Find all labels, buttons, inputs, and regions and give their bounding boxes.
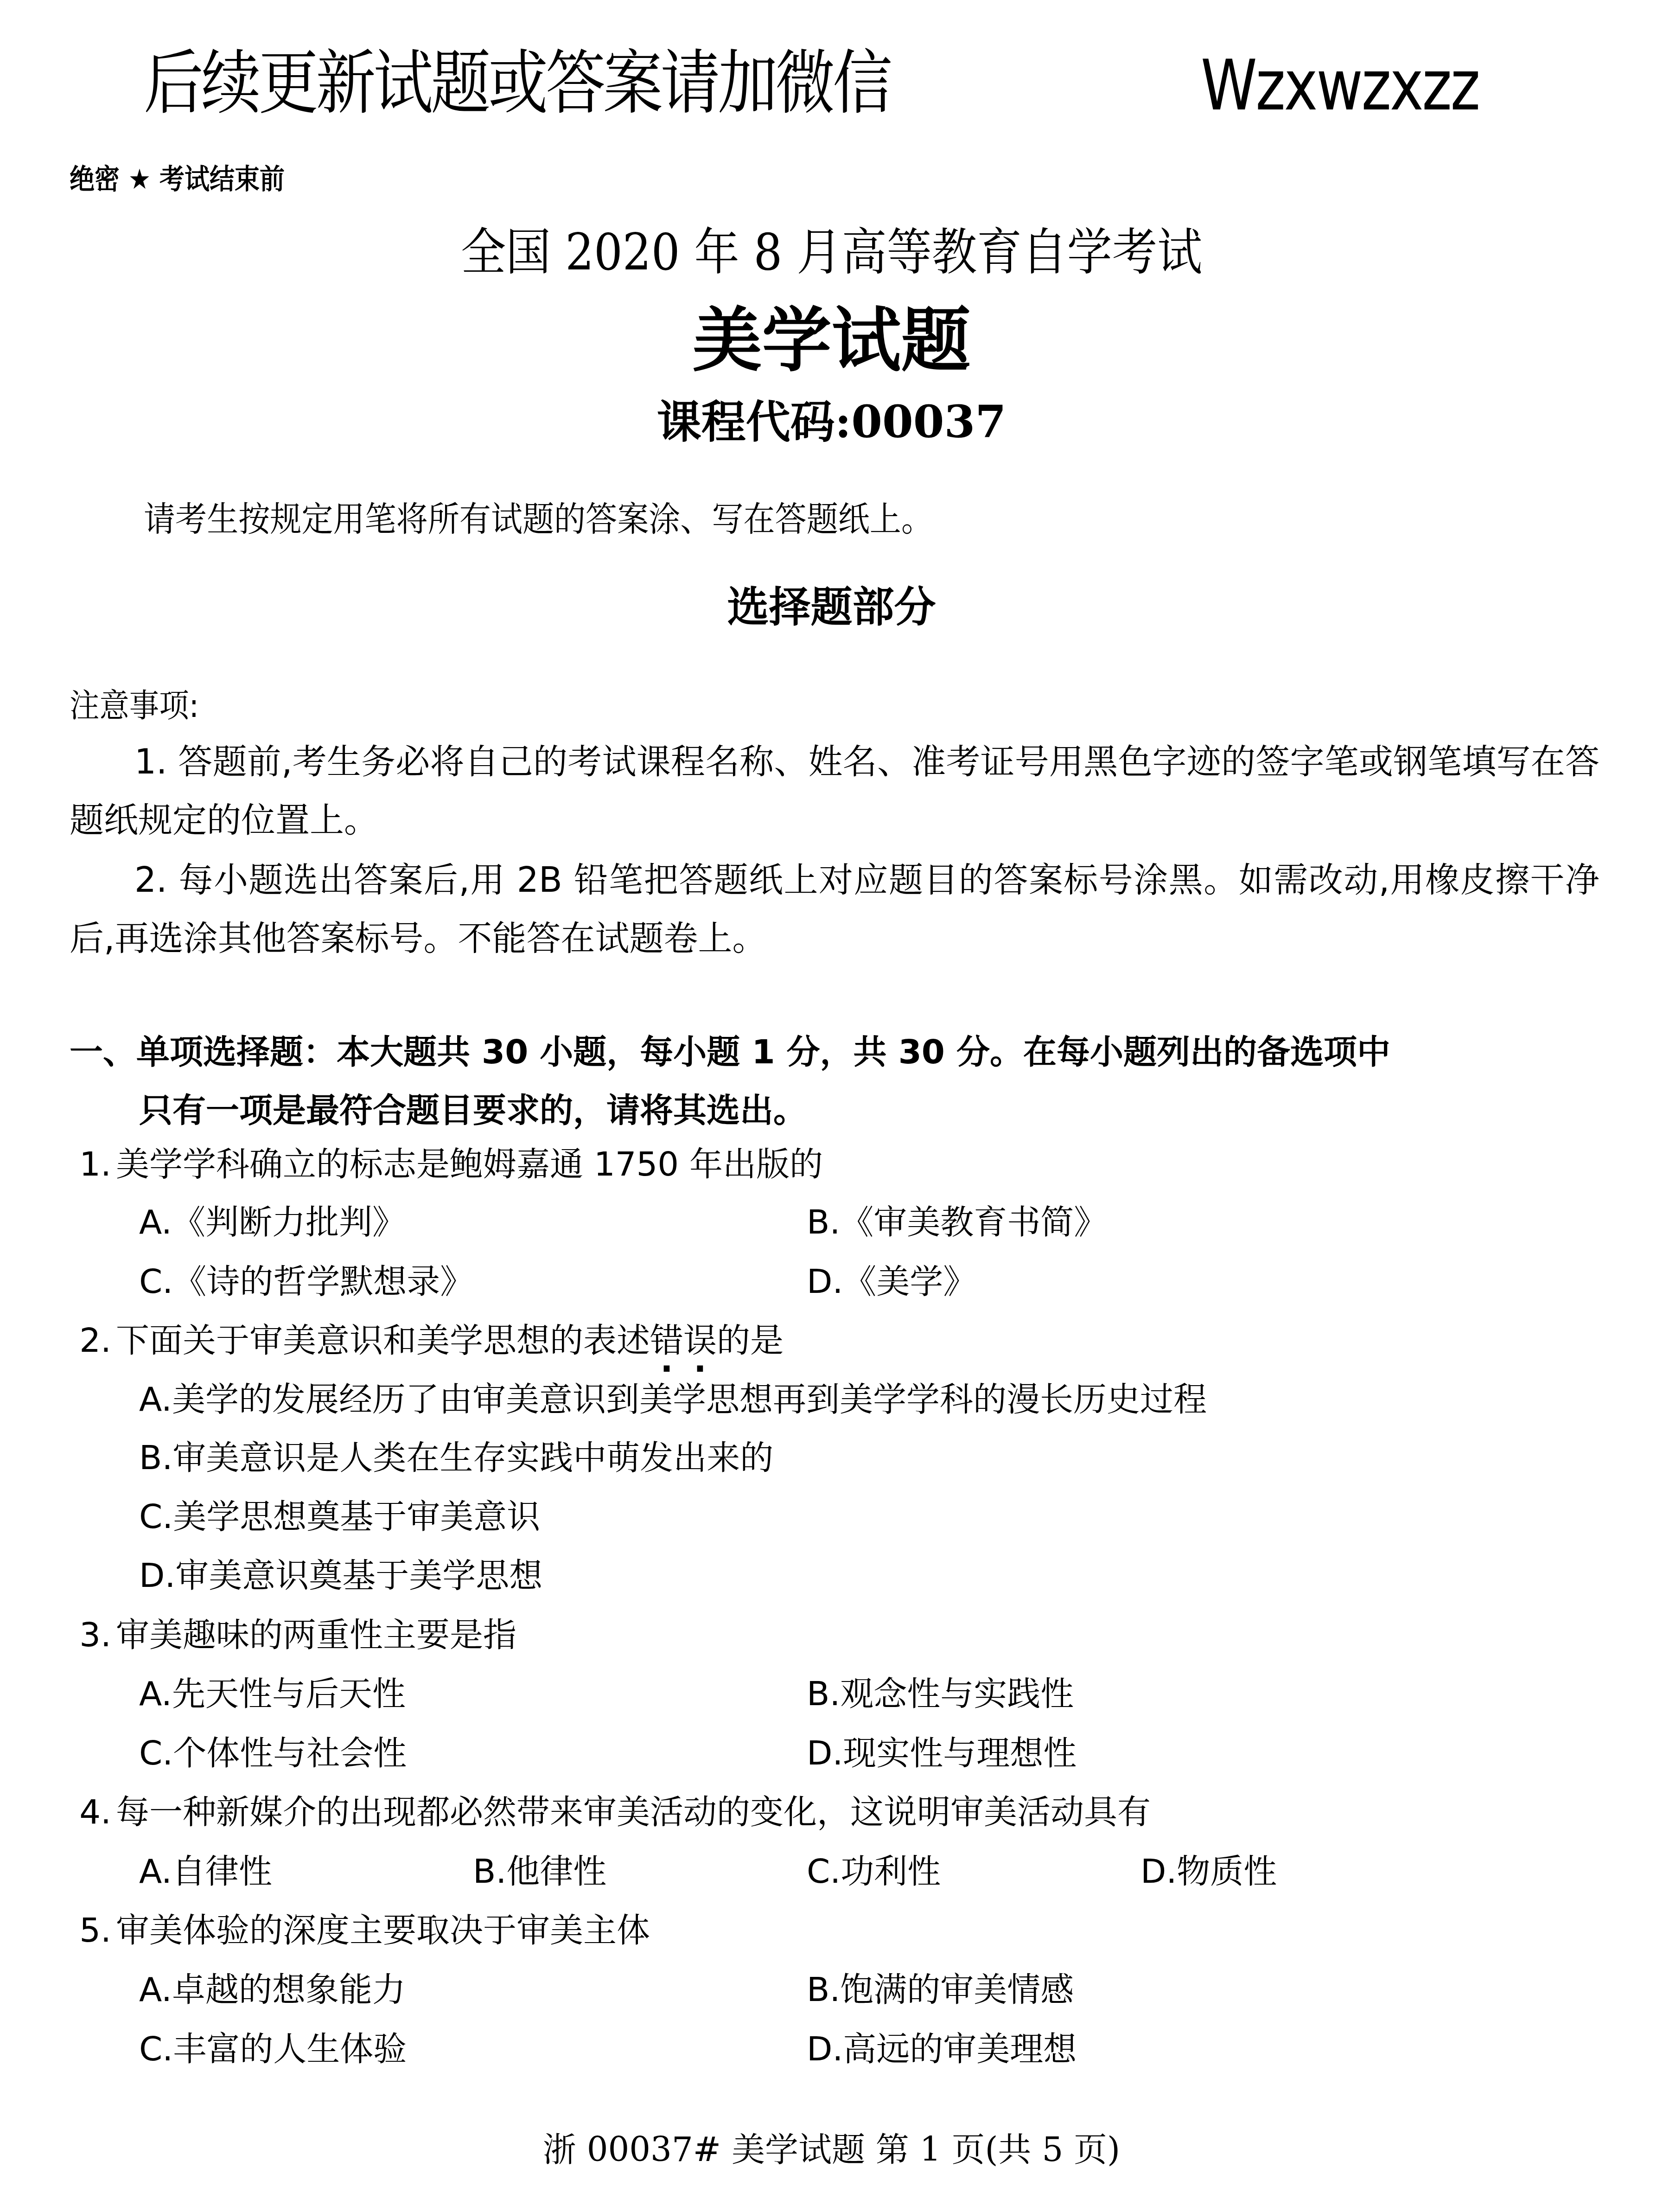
option-text: 美学思想奠基于审美意识 — [173, 1497, 540, 1536]
option-label: A. — [139, 1380, 172, 1419]
notes-title: 注意事项: — [70, 686, 199, 725]
q2-option-b: B.审美意识是人类在生存实践中萌发出来的 — [139, 1437, 773, 1478]
option-text: 审美意识是人类在生存实践中萌发出来的 — [172, 1438, 773, 1477]
question-1: 1.美学学科确立的标志是鲍姆嘉通 1750 年出版的 — [42, 1143, 823, 1185]
q4-option-d: D.物质性 — [1141, 1850, 1277, 1892]
answer-instruction: 请考生按规定用笔将所有试题的答案涂、写在答题纸上。 — [144, 499, 933, 540]
wechat-banner-text: 后续更新试题或答案请加微信 — [144, 44, 890, 123]
question-number: 1. — [42, 1143, 116, 1185]
note-item-1: 1. 答题前,考生务必将自己的考试课程名称、姓名、准考证号用黑色字迹的签字笔或钢… — [70, 733, 1599, 850]
option-label: B. — [139, 1438, 172, 1477]
question-number: 4. — [42, 1791, 116, 1833]
question-stem-start: 下面关于审美意识和美学思想的表述 — [116, 1321, 650, 1360]
note-item-2: 2. 每小题选出答案后,用 2B 铅笔把答题纸上对应题目的答案标号涂黑。如需改动… — [70, 851, 1599, 968]
q1-option-a: A.《判断力批判》 — [139, 1201, 406, 1243]
option-label: B. — [807, 1970, 840, 2009]
exam-title: 全国 2020 年 8 月高等教育自学考试 — [83, 223, 1580, 283]
confidential-label: 绝密 ★ 考试结束前 — [70, 163, 285, 196]
question-stem: 审美趣味的两重性主要是指 — [116, 1615, 516, 1654]
question-3: 3.审美趣味的两重性主要是指 — [42, 1614, 516, 1656]
option-label: D. — [139, 1556, 175, 1595]
option-text: 他律性 — [506, 1852, 606, 1891]
question-number: 2. — [42, 1319, 116, 1361]
q2-option-d: D.审美意识奠基于美学思想 — [139, 1554, 542, 1596]
emphasized-char: 误 — [683, 1321, 717, 1360]
q2-option-c: C.美学思想奠基于审美意识 — [139, 1496, 540, 1537]
option-label: C. — [139, 1262, 173, 1301]
option-text: 个体性与社会性 — [173, 1733, 407, 1772]
question-number: 3. — [42, 1614, 116, 1656]
q4-option-b: B.他律性 — [473, 1850, 606, 1892]
q3-option-c: C.个体性与社会性 — [139, 1732, 407, 1774]
option-text: 卓越的想象能力 — [172, 1970, 406, 2009]
part-one-heading: 一、单项选择题：本大题共 30 小题，每小题 1 分，共 30 分。在每小题列出… — [70, 1023, 1507, 1139]
question-4: 4.每一种新媒介的出现都必然带来审美活动的变化，这说明审美活动具有 — [42, 1791, 1151, 1833]
course-code: 课程代码:00037 — [0, 396, 1663, 448]
q4-option-a: A.自律性 — [139, 1850, 272, 1892]
q4-option-c: C.功利性 — [807, 1850, 941, 1892]
q5-option-c: C.丰富的人生体验 — [139, 2028, 407, 2070]
option-label: D. — [807, 1262, 843, 1301]
option-text: 《判断力批判》 — [172, 1202, 406, 1241]
option-label: D. — [1141, 1852, 1177, 1891]
q5-option-a: A.卓越的想象能力 — [139, 1969, 406, 2010]
option-text: 自律性 — [172, 1852, 272, 1891]
question-stem: 每一种新媒介的出现都必然带来审美活动的变化，这说明审美活动具有 — [116, 1792, 1151, 1831]
option-text: 现实性与理想性 — [843, 1733, 1077, 1772]
q1-option-d: D.《美学》 — [807, 1260, 976, 1302]
question-number: 5. — [42, 1909, 116, 1951]
subject-title: 美学试题 — [0, 301, 1663, 380]
option-text: 《诗的哲学默想录》 — [173, 1262, 473, 1301]
q3-option-d: D.现实性与理想性 — [807, 1732, 1077, 1774]
option-text: 饱满的审美情感 — [840, 1970, 1074, 2009]
option-text: 审美意识奠基于美学思想 — [175, 1556, 542, 1595]
option-label: A. — [139, 1202, 172, 1241]
option-label: C. — [139, 1733, 173, 1772]
option-label: A. — [139, 1970, 172, 2009]
option-label: C. — [807, 1852, 841, 1891]
question-5: 5.审美体验的深度主要取决于审美主体 — [42, 1909, 650, 1951]
wechat-id: Wzxwzxzz — [1201, 51, 1479, 121]
q1-option-c: C.《诗的哲学默想录》 — [139, 1260, 473, 1302]
q5-option-b: B.饱满的审美情感 — [807, 1969, 1074, 2010]
question-2: 2.下面关于审美意识和美学思想的表述错误的是 — [42, 1319, 784, 1361]
option-text: 先天性与后天性 — [172, 1674, 406, 1713]
option-text: 功利性 — [841, 1852, 941, 1891]
option-label: D. — [807, 1733, 843, 1772]
question-stem: 审美体验的深度主要取决于审美主体 — [116, 1911, 650, 1950]
option-text: 丰富的人生体验 — [173, 2029, 407, 2068]
option-label: C. — [139, 2029, 173, 2068]
option-text: 《美学》 — [843, 1262, 976, 1301]
q2-option-a: A.美学的发展经历了由审美意识到美学思想再到美学学科的漫长历史过程 — [139, 1378, 1207, 1420]
question-stem-end: 的是 — [717, 1321, 784, 1360]
option-text: 观念性与实践性 — [840, 1674, 1074, 1713]
option-text: 《审美教育书简》 — [840, 1202, 1107, 1241]
question-stem: 美学学科确立的标志是鲍姆嘉通 1750 年出版的 — [116, 1144, 823, 1183]
q1-option-b: B.《审美教育书简》 — [807, 1201, 1107, 1243]
option-label: A. — [139, 1674, 172, 1713]
page-footer: 浙 00037# 美学试题 第 1 页(共 5 页) — [0, 2129, 1663, 2170]
q3-option-b: B.观念性与实践性 — [807, 1673, 1074, 1714]
emphasized-char: 错 — [650, 1321, 683, 1360]
part-one-heading-line1: 一、单项选择题：本大题共 30 小题，每小题 1 分，共 30 分。在每小题列出… — [70, 1032, 1390, 1071]
option-text: 物质性 — [1177, 1852, 1277, 1891]
option-text: 高远的审美理想 — [843, 2029, 1077, 2068]
option-label: B. — [807, 1202, 840, 1241]
part-one-heading-line2: 只有一项是最符合题目要求的，请将其选出。 — [70, 1081, 1507, 1139]
section-title: 选择题部分 — [0, 582, 1663, 633]
q3-option-a: A.先天性与后天性 — [139, 1673, 406, 1714]
option-label: B. — [807, 1674, 840, 1713]
option-text: 美学的发展经历了由审美意识到美学思想再到美学学科的漫长历史过程 — [172, 1380, 1207, 1419]
option-label: A. — [139, 1852, 172, 1891]
option-label: C. — [139, 1497, 173, 1536]
q5-option-d: D.高远的审美理想 — [807, 2028, 1077, 2070]
option-label: B. — [473, 1852, 506, 1891]
option-label: D. — [807, 2029, 843, 2068]
